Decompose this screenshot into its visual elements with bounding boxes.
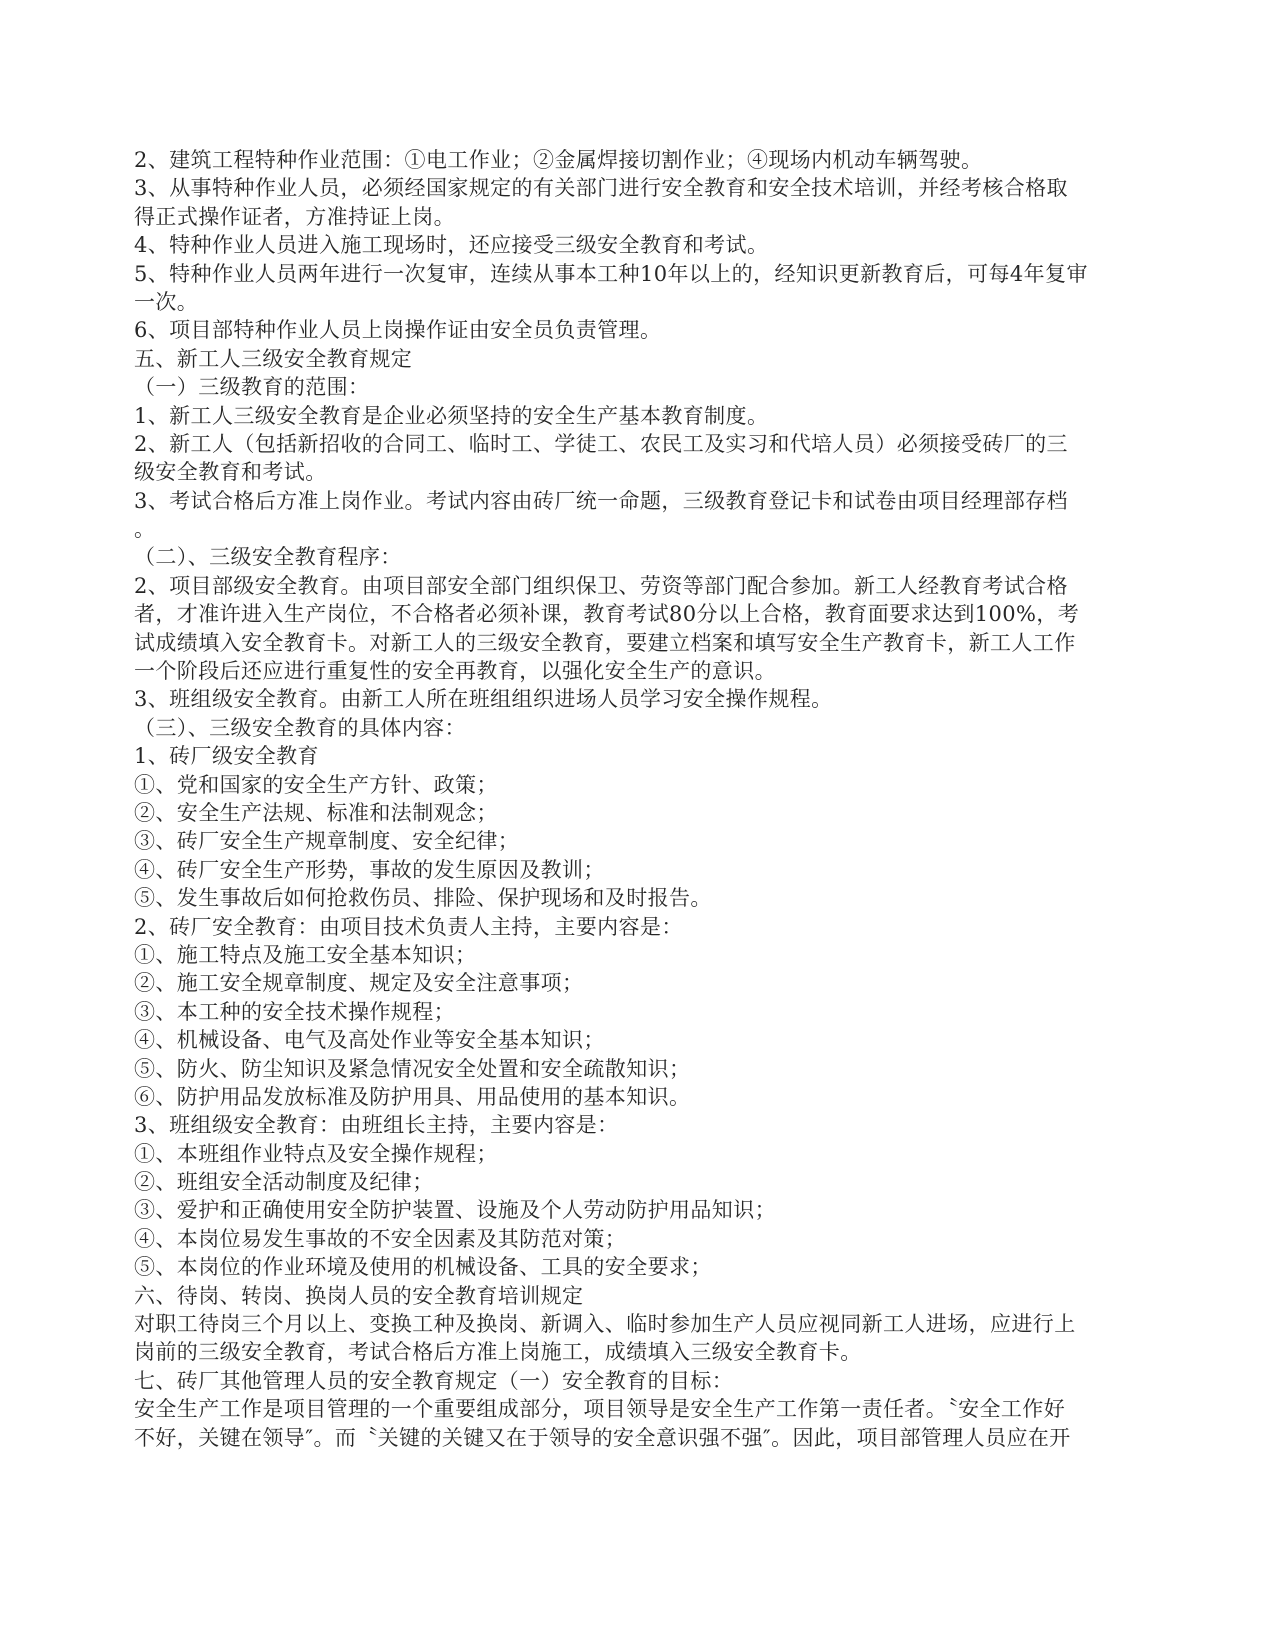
text-line: 2、项目部级安全教育。由项目部安全部门组织保卫、劳资等部门配合参加。新工人经教育… [134,572,1144,600]
text-line: 试成绩填入安全教育卡。对新工人的三级安全教育，要建立档案和填写安全生产教育卡，新… [134,629,1144,657]
text-line: 得正式操作证者，方准持证上岗。 [134,203,1144,231]
text-line: ⑤、发生事故后如何抢救伤员、排险、保护现场和及时报告。 [134,884,1144,912]
text-line: 级安全教育和考试。 [134,458,1144,486]
text-line: ④、本岗位易发生事故的不安全因素及其防范对策； [134,1225,1144,1253]
text-line: 3、班组级安全教育：由班组长主持，主要内容是： [134,1111,1144,1139]
text-line: 2、新工人（包括新招收的合同工、临时工、学徒工、农民工及实习和代培人员）必须接受… [134,430,1144,458]
text-line: 4、特种作业人员进入施工现场时，还应接受三级安全教育和考试。 [134,231,1144,259]
text-line: 七、砖厂其他管理人员的安全教育规定（一）安全教育的目标： [134,1367,1144,1395]
text-line: 6、项目部特种作业人员上岗操作证由安全员负责管理。 [134,316,1144,344]
text-line: 五、新工人三级安全教育规定 [134,345,1144,373]
text-line: 5、特种作业人员两年进行一次复审，连续从事本工种10年以上的，经知识更新教育后，… [134,260,1144,288]
text-line: 3、考试合格后方准上岗作业。考试内容由砖厂统一命题，三级教育登记卡和试卷由项目经… [134,487,1144,515]
text-line: 。 [134,515,1144,543]
text-line: 岗前的三级安全教育，考试合格后方准上岗施工，成绩填入三级安全教育卡。 [134,1338,1144,1366]
text-line: 者，才准许进入生产岗位，不合格者必须补课，教育考试80分以上合格，教育面要求达到… [134,600,1144,628]
text-line: ⑥、防护用品发放标准及防护用具、用品使用的基本知识。 [134,1083,1144,1111]
text-line: 六、待岗、转岗、换岗人员的安全教育培训规定 [134,1282,1144,1310]
text-line: 1、新工人三级安全教育是企业必须坚持的安全生产基本教育制度。 [134,402,1144,430]
text-line: 一次。 [134,288,1144,316]
text-line: ④、机械设备、电气及高处作业等安全基本知识； [134,1026,1144,1054]
text-line: 安全生产工作是项目管理的一个重要组成部分，项目领导是安全生产工作第一责任者。〝安… [134,1395,1144,1423]
text-line: ①、本班组作业特点及安全操作规程； [134,1140,1144,1168]
text-line: ③、本工种的安全技术操作规程； [134,998,1144,1026]
text-line: 不好，关键在领导″。而〝关键的关键又在于领导的安全意识强不强″。因此，项目部管理… [134,1424,1144,1452]
text-line: ②、班组安全活动制度及纪律； [134,1168,1144,1196]
text-line: 2、砖厂安全教育：由项目技术负责人主持，主要内容是： [134,913,1144,941]
text-line: （三）、三级安全教育的具体内容： [134,714,1144,742]
text-line: 3、从事特种作业人员，必须经国家规定的有关部门进行安全教育和安全技术培训，并经考… [134,174,1144,202]
text-line: 对职工待岗三个月以上、变换工种及换岗、新调入、临时参加生产人员应视同新工人进场，… [134,1310,1144,1338]
text-line: ②、施工安全规章制度、规定及安全注意事项； [134,969,1144,997]
text-line: ③、爱护和正确使用安全防护装置、设施及个人劳动防护用品知识； [134,1196,1144,1224]
text-line: ⑤、防火、防尘知识及紧急情况安全处置和安全疏散知识； [134,1055,1144,1083]
document-body: 2、建筑工程特种作业范围：①电工作业；②金属焊接切割作业；④现场内机动车辆驾驶。… [134,146,1144,1452]
text-line: ④、砖厂安全生产形势，事故的发生原因及教训； [134,856,1144,884]
text-line: 3、班组级安全教育。由新工人所在班组组织进场人员学习安全操作规程。 [134,685,1144,713]
text-line: （二）、三级安全教育程序： [134,543,1144,571]
text-line: ①、党和国家的安全生产方针、政策； [134,771,1144,799]
text-line: 1、砖厂级安全教育 [134,742,1144,770]
text-line: （一）三级教育的范围： [134,373,1144,401]
text-line: ①、施工特点及施工安全基本知识； [134,941,1144,969]
text-line: 2、建筑工程特种作业范围：①电工作业；②金属焊接切割作业；④现场内机动车辆驾驶。 [134,146,1144,174]
text-line: ②、安全生产法规、标准和法制观念； [134,799,1144,827]
document-page: 2、建筑工程特种作业范围：①电工作业；②金属焊接切割作业；④现场内机动车辆驾驶。… [0,0,1275,1650]
text-line: ③、砖厂安全生产规章制度、安全纪律； [134,827,1144,855]
text-line: 一个阶段后还应进行重复性的安全再教育，以强化安全生产的意识。 [134,657,1144,685]
text-line: ⑤、本岗位的作业环境及使用的机械设备、工具的安全要求； [134,1253,1144,1281]
